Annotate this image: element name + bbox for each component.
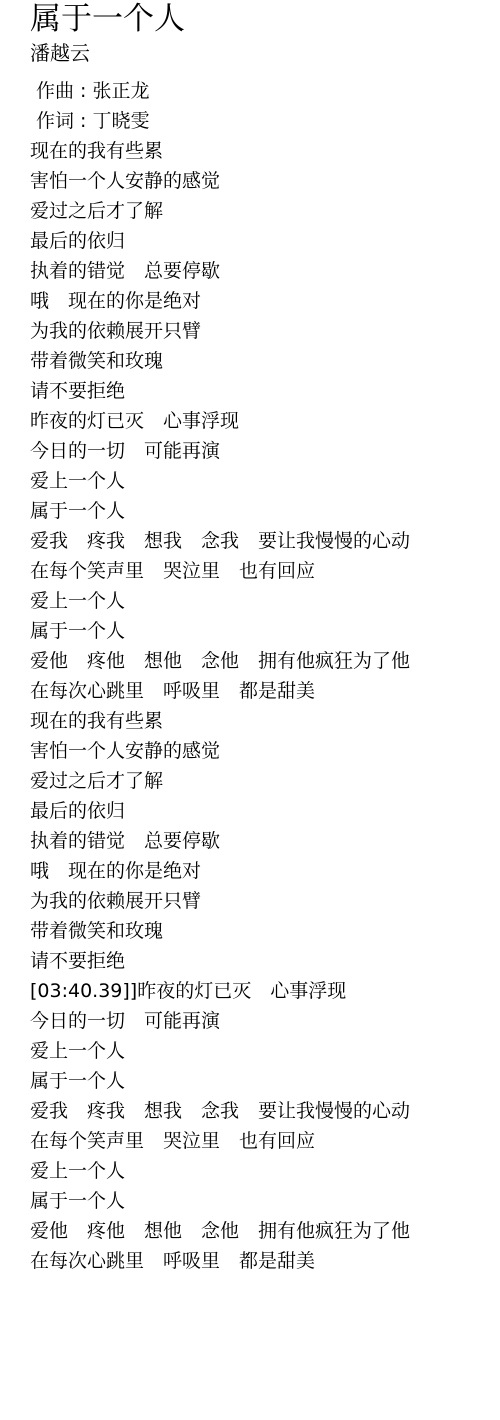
lyric-line: 属于一个人 (30, 1186, 500, 1216)
lyric-line: 现在的我有些累 (30, 136, 500, 166)
lyric-line: 在每次心跳里 呼吸里 都是甜美 (30, 676, 500, 706)
lyrics-page: 属于一个人 潘越云 作曲 : 张正龙 作词 : 丁晓雯 现在的我有些累 害怕一个… (30, 0, 500, 1276)
lyricist-credit: 作词 : 丁晓雯 (30, 106, 500, 136)
lyric-line: 带着微笑和玫瑰 (30, 916, 500, 946)
lyric-line: 哦 现在的你是绝对 (30, 856, 500, 886)
lyric-line: 害怕一个人安静的感觉 (30, 736, 500, 766)
lyric-line: 执着的错觉 总要停歇 (30, 256, 500, 286)
lyric-line: 在每次心跳里 呼吸里 都是甜美 (30, 1246, 500, 1276)
lyric-line: 最后的依归 (30, 796, 500, 826)
song-credits: 作曲 : 张正龙 作词 : 丁晓雯 (30, 76, 500, 136)
lyric-line: 害怕一个人安静的感觉 (30, 166, 500, 196)
lyric-line: 爱上一个人 (30, 1156, 500, 1186)
lyrics-list: 现在的我有些累 害怕一个人安静的感觉 爱过之后才了解 最后的依归 执着的错觉 总… (30, 136, 500, 1276)
lyric-line: 爱上一个人 (30, 1036, 500, 1066)
lyric-line: 属于一个人 (30, 496, 500, 526)
lyric-line: 在每个笑声里 哭泣里 也有回应 (30, 556, 500, 586)
composer-credit: 作曲 : 张正龙 (30, 76, 500, 106)
lyric-line: 属于一个人 (30, 616, 500, 646)
lyric-line: 最后的依归 (30, 226, 500, 256)
lyric-line: 昨夜的灯已灭 心事浮现 (30, 406, 500, 436)
lyric-line: 今日的一切 可能再演 (30, 436, 500, 466)
lyric-line: [03:40.39]]昨夜的灯已灭 心事浮现 (30, 976, 500, 1006)
lyric-line: 爱过之后才了解 (30, 196, 500, 226)
lyric-line: 执着的错觉 总要停歇 (30, 826, 500, 856)
lyric-line: 爱我 疼我 想我 念我 要让我慢慢的心动 (30, 526, 500, 556)
lyric-line: 现在的我有些累 (30, 706, 500, 736)
lyric-line: 爱我 疼我 想我 念我 要让我慢慢的心动 (30, 1096, 500, 1126)
lyric-line: 爱他 疼他 想他 念他 拥有他疯狂为了他 (30, 1216, 500, 1246)
song-title: 属于一个人 (30, 0, 500, 38)
lyric-line: 为我的依赖展开只臂 (30, 316, 500, 346)
lyric-line: 在每个笑声里 哭泣里 也有回应 (30, 1126, 500, 1156)
lyric-line: 爱上一个人 (30, 466, 500, 496)
lyric-line: 属于一个人 (30, 1066, 500, 1096)
lyric-line: 今日的一切 可能再演 (30, 1006, 500, 1036)
lyric-line: 为我的依赖展开只臂 (30, 886, 500, 916)
lyric-line: 请不要拒绝 (30, 946, 500, 976)
lyric-line: 请不要拒绝 (30, 376, 500, 406)
lyric-line: 爱他 疼他 想他 念他 拥有他疯狂为了他 (30, 646, 500, 676)
song-artist: 潘越云 (30, 38, 500, 68)
lyric-line: 哦 现在的你是绝对 (30, 286, 500, 316)
lyric-line: 爱过之后才了解 (30, 766, 500, 796)
lyric-line: 带着微笑和玫瑰 (30, 346, 500, 376)
lyric-line: 爱上一个人 (30, 586, 500, 616)
